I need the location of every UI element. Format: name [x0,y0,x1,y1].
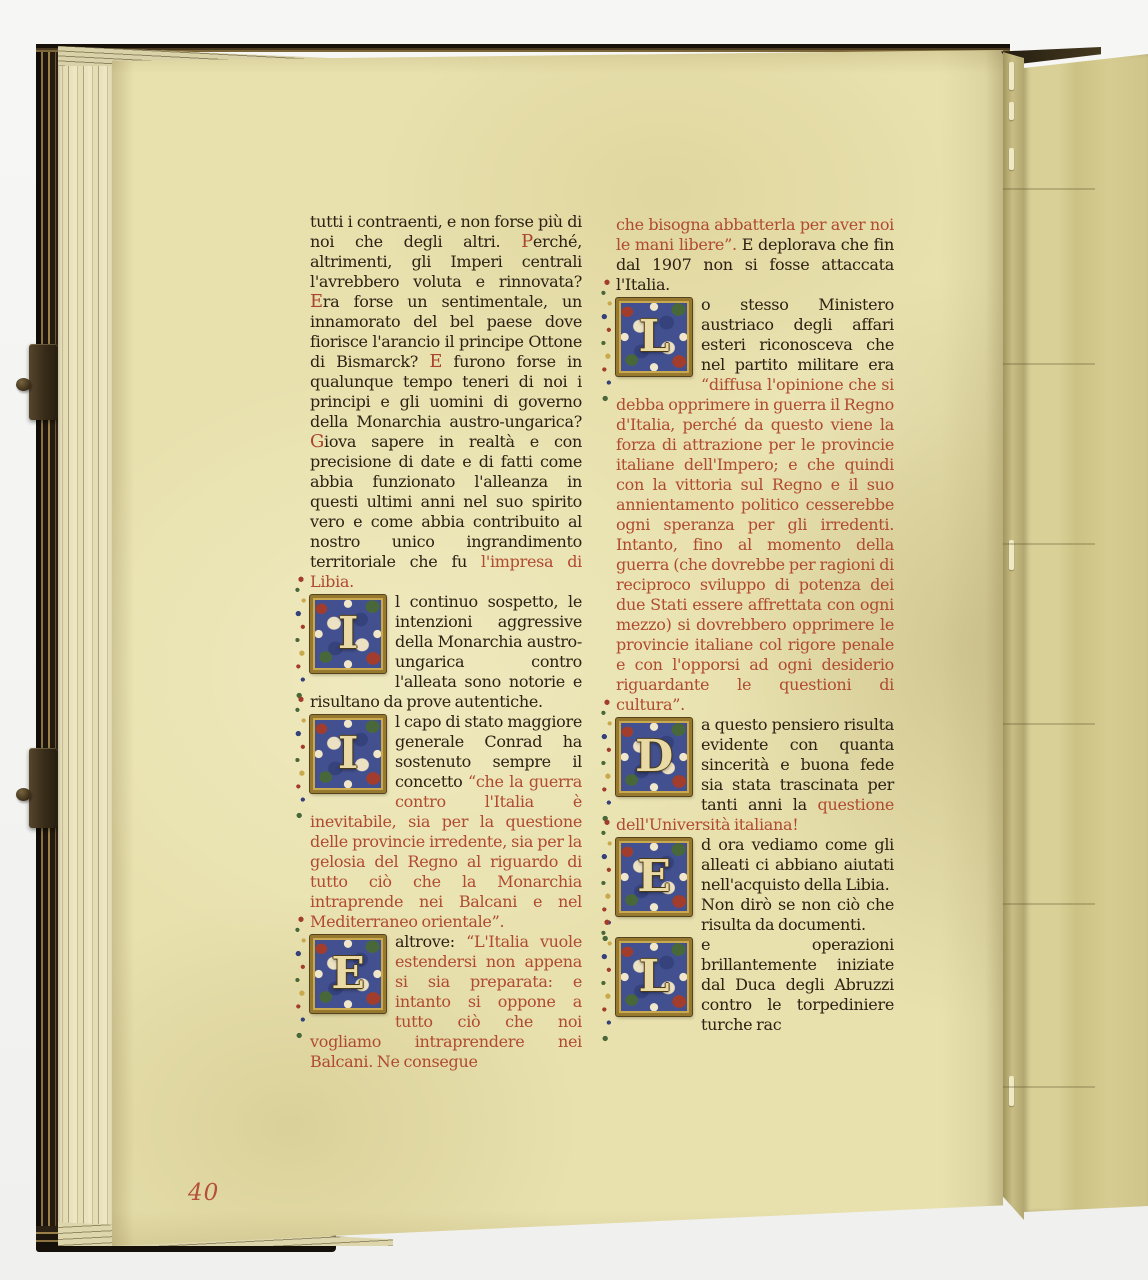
initial-letter: L [619,301,689,373]
manuscript-paragraph: Lo stesso Ministero austriaco degli affa… [616,295,894,715]
book-gutter [1003,52,1024,1220]
illuminated-initial-l: L [616,298,692,376]
text-segment-rubric: “diffusa l'opinione che si debba opprime… [616,375,894,714]
sewing-crease [1003,543,1095,545]
initial-letter: E [619,841,689,913]
sewing-crease [1003,363,1095,365]
manuscript-paragraph: Ed ora vediamo come gli alleati ci abbia… [616,835,894,895]
binding-stitch [1009,148,1014,170]
binding-stitch [1009,1076,1014,1106]
sewing-crease [1003,903,1095,905]
page-number: 40 [188,1180,219,1206]
manuscript-paragraph: Il capo di stato maggiore generale Conra… [310,712,582,932]
initial-letter: I [313,598,383,670]
sewing-crease [1003,723,1095,725]
text-segment-ink: e operazioni brillantemente iniziate dal… [701,935,894,1034]
facing-page [1024,54,1148,1212]
page-edges-fan-left [58,50,116,1242]
sewing-crease [1003,188,1095,190]
text-segment-ink: iova sapere in realtà e con precisione d… [310,432,582,571]
manuscript-paragraph: tutti i contraenti, e non forse più di n… [310,212,582,592]
initial-letter: E [313,938,383,1010]
illuminated-initial-d: D [616,718,692,796]
text-segment-ink: Non dirò se non ciò che risulta da docum… [701,895,894,934]
manuscript-paragraph: Il continuo sospetto, le intenzioni aggr… [310,592,582,712]
binding-stitch [1009,62,1014,90]
manuscript-paragraph: che bisogna abbatterla per aver noi le m… [616,215,894,295]
text-segment-ink: o stesso Ministero austriaco degli affar… [701,295,894,374]
text-segment-ink: altrove: [395,932,466,951]
text-segment-versal: E [429,351,442,372]
book-clasp-bottom [29,748,58,828]
initial-letter: I [313,718,383,790]
text-segment-versal: E [310,291,323,312]
book-cover-edge-top [36,44,1010,52]
illuminated-initial-e: E [616,838,692,916]
text-segment-versal: G [310,431,324,452]
book-clasp-top [29,344,58,420]
text-segment-ink: d ora vediamo come gli alleati ci abbian… [701,835,894,894]
initial-letter: L [619,941,689,1013]
sewing-crease [1003,1086,1095,1088]
illuminated-initial-i: I [310,595,386,673]
text-column-left: tutti i contraenti, e non forse più di n… [310,212,582,1072]
text-segment-versal: P [521,231,533,252]
illuminated-initial-l: L [616,938,692,1016]
text-column-right: che bisogna abbatterla per aver noi le m… [616,215,894,1035]
manuscript-paragraph: Da questo pensiero risulta evidente con … [616,715,894,835]
illuminated-initial-i: I [310,715,386,793]
manuscript-paragraph: Ealtrove: “L'Italia vuole estendersi non… [310,932,582,1072]
book-cover-edge-left [36,44,60,1252]
initial-letter: D [619,721,689,793]
manuscript-paragraph: Le operazioni brillantemente iniziate da… [616,935,894,1035]
binding-stitch [1009,102,1014,120]
illuminated-initial-e: E [310,935,386,1013]
text-segment-rubric: “che la guerra contro l'Italia è inevita… [310,772,582,931]
